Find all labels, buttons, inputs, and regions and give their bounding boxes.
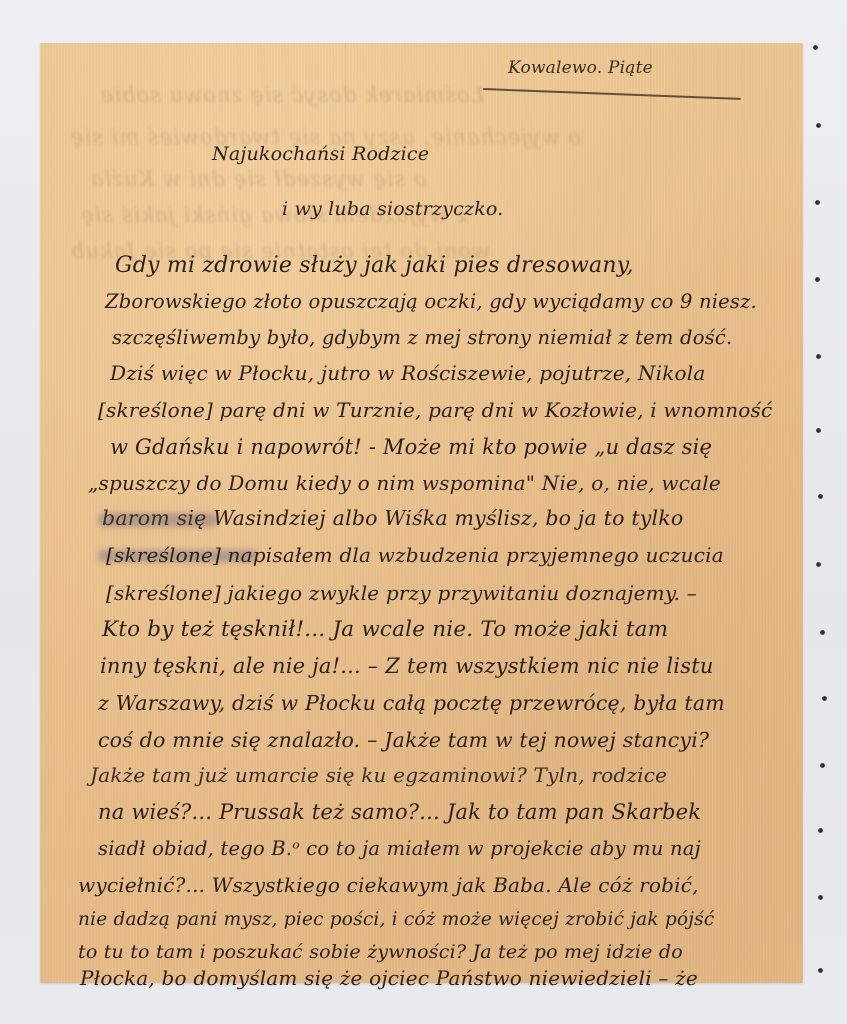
letter-line: na wieś?... Prussak też samo?... Jak to … [98,802,701,823]
header-underline [483,88,741,100]
bleed-through-text: Łośmiarek dosyć się znowu sobie [100,83,485,107]
letter-line: w Gdańsku i napowrót! - Może mi kto powi… [110,437,712,458]
binding-hole [816,354,821,359]
ink-smudge [98,513,218,527]
letter-line: nie dadzą pani mysz, piec pości, i cóż m… [78,911,714,930]
letter-page: Łośmiarek dosyć się znowu sobie o wyjech… [40,43,803,983]
letter-line: [skreślone] parę dni w Turznie, parę dni… [98,400,772,420]
binding-hole [816,123,821,128]
letter-line: Jakże tam już umarcie się ku egzaminowi?… [90,765,667,785]
letter-line: Gdy mi zdrowie służy jak jaki pies dreso… [115,255,634,277]
letter-line: inny tęskni, ale nie ja!... – Z tem wszy… [100,656,714,677]
letter-line: „spuszczy do Domu kiedy o nim wspomina" … [88,473,721,493]
bleed-through-text: o się wyszedł się dni w Kuźla [90,167,427,191]
binding-hole [818,494,823,499]
letter-line: [skreślone] napisałem dla wzbudzenia prz… [106,545,724,565]
binding-hole [815,200,820,205]
binding-hole [818,968,823,973]
binding-hole [815,277,820,282]
binding-hole [820,630,825,635]
letter-line: wyciełnić?... Wszystkiego ciekawym jak B… [78,875,699,895]
binding-hole [818,828,823,833]
letter-line: szczęśliwemby było, gdybym z mej strony … [112,328,732,348]
letter-line: [skreślone] jakiego zwykle przy przywita… [106,583,697,603]
letter-line: z Warszawy, dziś w Płocku całą pocztę pr… [98,693,725,714]
letter-line: Płocka, bo domyślam się że ojciec Państw… [80,968,698,988]
binding-hole [822,696,827,701]
letter-line: Kto by też tęsknił!... Ja wcale nie. To … [102,619,668,641]
letter-line: Zborowskiego złoto opuszczają oczki, gdy… [105,292,757,312]
letter-line: siadł obiad, tego B.ᵒ co to ja miałem w … [98,839,701,859]
letter-line: coś do mnie się znalazło. – Jakże tam w … [98,730,709,751]
binding-hole [816,562,821,567]
header-note: Kowalewo. Piąte [508,60,653,77]
binding-hole [818,895,823,900]
letter-line: to tu to tam i poszukać sobie żywności? … [78,943,683,962]
binding-hole [820,763,825,768]
binding-hole [816,428,821,433]
salutation-line-1: Najukochańsi Rodzice [212,145,429,164]
letter-line: Dziś więc w Płocku, jutro w Rościszewie,… [110,363,705,383]
salutation-line-2: i wy luba siostrzyczko. [282,200,503,219]
binding-hole [813,45,818,50]
